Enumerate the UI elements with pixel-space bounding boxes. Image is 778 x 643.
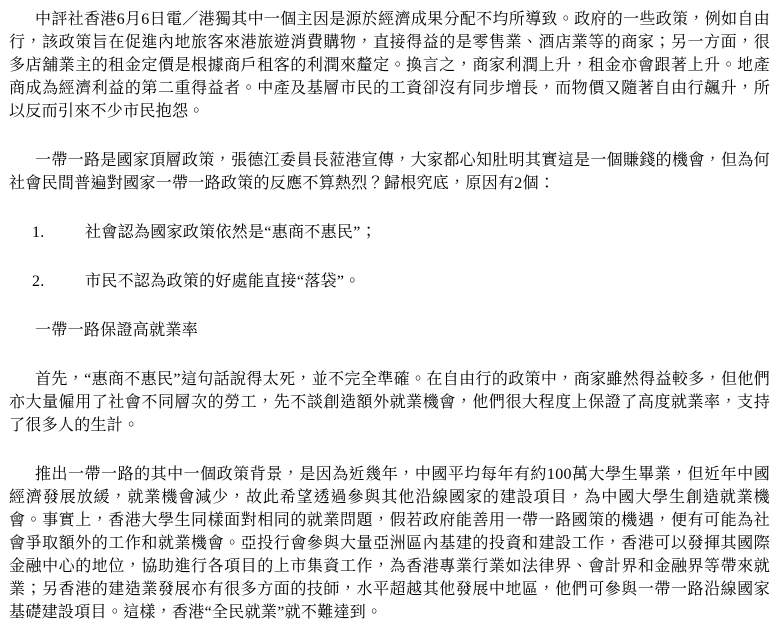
paragraph-intro: 中評社香港6月6日電／港獨其中一個主因是源於經濟成果分配不均所導致。政府的一些政… [9,8,770,123]
section-heading: 一帶一路保證高就業率 [9,319,770,342]
list-item-2-text: 市民不認為政策的好處能直接“落袋”。 [85,273,361,290]
paragraph-background: 推出一帶一路的其中一個政策背景，是因為近幾年，中國平均每年有約100萬大學生畢業… [9,463,770,624]
list-item-2-number: 2. [32,270,85,293]
article-body: 中評社香港6月6日電／港獨其中一個主因是源於經濟成果分配不均所導致。政府的一些政… [0,0,778,643]
list-item-1-number: 1. [32,221,85,244]
paragraph-belt-road-policy: 一帶一路是國家頂層政策，張德江委員長蒞港宣傳，大家都心知肚明其實這是一個賺錢的機… [9,149,770,195]
list-item-1-text: 社會認為國家政策依然是“惠商不惠民”； [85,224,377,241]
document-page: { "page": { "background_color": "#ffffff… [0,0,778,643]
list-item-2: 2.市民不認為政策的好處能直接“落袋”。 [9,270,770,293]
paragraph-employment: 首先，“惠商不惠民”這句話說得太死，並不完全準確。在自由行的政策中，商家雖然得益… [9,368,770,437]
list-item-1: 1.社會認為國家政策依然是“惠商不惠民”； [9,221,770,244]
